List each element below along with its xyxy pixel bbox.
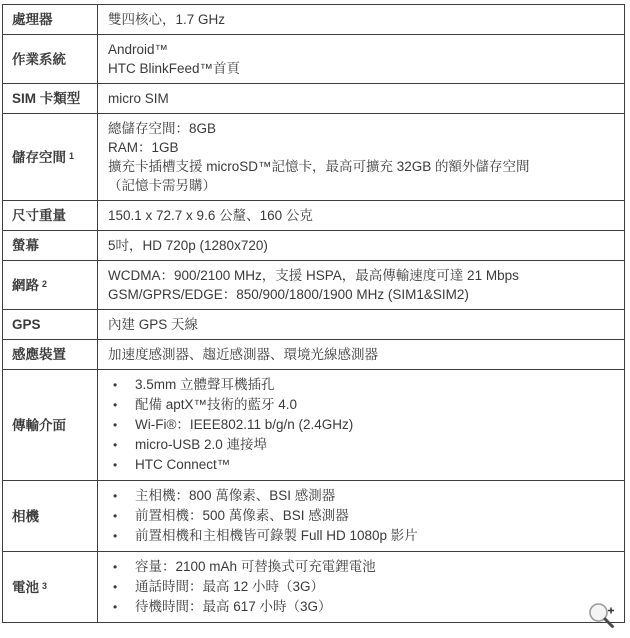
spec-table: 處理器雙四核心，1.7 GHz作業系統Android™HTC BlinkFeed…	[2, 4, 625, 623]
spec-bullet-text: 通話時間：最高 12 小時（3G）	[135, 577, 616, 597]
spec-value-line: GSM/GPRS/EDGE：850/900/1800/1900 MHz (SIM…	[108, 285, 616, 304]
spec-row: 電池3•容量：2100 mAh 可替換式可充電鋰電池•通話時間：最高 12 小時…	[3, 552, 624, 622]
spec-bullet-item: •主相機：800 萬像素、BSI 感測器	[108, 486, 616, 506]
spec-bullet-text: Wi-Fi®：IEEE802.11 b/g/n (2.4GHz)	[135, 415, 616, 435]
spec-label: 螢幕	[12, 237, 39, 254]
spec-row: 作業系統Android™HTC BlinkFeed™首頁	[3, 35, 624, 84]
spec-value-cell: 5吋，HD 720p (1280x720)	[98, 231, 624, 260]
spec-bullet-text: 配備 aptX™技術的藍牙 4.0	[135, 395, 616, 415]
bullet-icon: •	[108, 506, 135, 526]
spec-row: 網路2WCDMA：900/2100 MHz，支援 HSPA，最高傳輸速度可達 2…	[3, 261, 624, 310]
spec-bullet-text: HTC Connect™	[135, 455, 616, 475]
spec-label-cell: 傳輸介面	[3, 370, 98, 480]
spec-value-line: micro SIM	[108, 89, 616, 108]
bullet-icon: •	[108, 526, 135, 546]
spec-label-cell: SIM 卡類型	[3, 84, 98, 113]
spec-label: 感應裝置	[12, 346, 66, 363]
spec-bullet-item: •micro-USB 2.0 連接埠	[108, 435, 616, 455]
bullet-icon: •	[108, 435, 135, 455]
spec-value-cell: •主相機：800 萬像素、BSI 感測器•前置相機：500 萬像素、BSI 感測…	[98, 481, 624, 551]
spec-value-line: 總儲存空間：8GB	[108, 119, 616, 138]
spec-value-line: WCDMA：900/2100 MHz，支援 HSPA，最高傳輸速度可達 21 M…	[108, 266, 616, 285]
spec-label-cell: 網路2	[3, 261, 98, 309]
spec-bullet-item: •前置相機：500 萬像素、BSI 感測器	[108, 506, 616, 526]
spec-label: 作業系統	[12, 51, 66, 68]
spec-row: SIM 卡類型micro SIM	[3, 84, 624, 114]
spec-value-cell: •容量：2100 mAh 可替換式可充電鋰電池•通話時間：最高 12 小時（3G…	[98, 552, 624, 622]
spec-bullet-item: •3.5mm 立體聲耳機插孔	[108, 375, 616, 395]
spec-row: 尺寸重量150.1 x 72.7 x 9.6 公釐、160 公克	[3, 201, 624, 231]
bullet-icon: •	[108, 375, 135, 395]
bullet-icon: •	[108, 415, 135, 435]
bullet-icon: •	[108, 577, 135, 597]
spec-label-superscript: 3	[42, 578, 47, 595]
spec-row: GPS內建 GPS 天線	[3, 310, 624, 340]
spec-row: 儲存空間1總儲存空間：8GBRAM：1GB擴充卡插槽支援 microSD™記憶卡…	[3, 114, 624, 201]
spec-label: 相機	[12, 508, 39, 525]
spec-value-cell: 雙四核心，1.7 GHz	[98, 5, 624, 34]
spec-bullet-text: 前置相機和主相機皆可錄製 Full HD 1080p 影片	[135, 526, 616, 546]
spec-label-superscript: 2	[42, 276, 47, 293]
spec-label-cell: 電池3	[3, 552, 98, 622]
spec-bullet-text: 3.5mm 立體聲耳機插孔	[135, 375, 616, 395]
spec-label: SIM 卡類型	[12, 90, 80, 107]
spec-label: 網路	[12, 277, 39, 294]
spec-label-cell: 螢幕	[3, 231, 98, 260]
spec-value-cell: Android™HTC BlinkFeed™首頁	[98, 35, 624, 83]
spec-label-cell: 尺寸重量	[3, 201, 98, 230]
spec-label-cell: 儲存空間1	[3, 114, 98, 200]
spec-value-line: 150.1 x 72.7 x 9.6 公釐、160 公克	[108, 206, 616, 225]
spec-label-cell: 相機	[3, 481, 98, 551]
spec-label-cell: 處理器	[3, 5, 98, 34]
spec-value-line: RAM：1GB	[108, 138, 616, 157]
bullet-icon: •	[108, 557, 135, 577]
spec-value-line: （記憶卡需另購）	[108, 176, 616, 195]
spec-bullet-item: •容量：2100 mAh 可替換式可充電鋰電池	[108, 557, 616, 577]
spec-value-line: 加速度感測器、趨近感測器、環境光線感測器	[108, 345, 616, 364]
zoom-in-icon[interactable]	[587, 601, 617, 631]
spec-label: 儲存空間	[12, 149, 66, 166]
bullet-icon: •	[108, 455, 135, 475]
spec-bullet-text: 前置相機：500 萬像素、BSI 感測器	[135, 506, 616, 526]
spec-row: 傳輸介面•3.5mm 立體聲耳機插孔•配備 aptX™技術的藍牙 4.0•Wi-…	[3, 370, 624, 481]
spec-label-superscript: 1	[69, 148, 74, 165]
spec-bullet-item: •HTC Connect™	[108, 455, 616, 475]
spec-bullet-text: 待機時間：最高 617 小時（3G）	[135, 597, 616, 617]
spec-bullet-text: micro-USB 2.0 連接埠	[135, 435, 616, 455]
spec-bullet-item: •前置相機和主相機皆可錄製 Full HD 1080p 影片	[108, 526, 616, 546]
spec-label: 傳輸介面	[12, 417, 66, 434]
spec-value-line: 5吋，HD 720p (1280x720)	[108, 236, 616, 255]
spec-bullet-text: 主相機：800 萬像素、BSI 感測器	[135, 486, 616, 506]
magnifier-plus-glyph	[587, 601, 617, 631]
spec-label: 尺寸重量	[12, 207, 66, 224]
spec-value-line: Android™	[108, 40, 616, 59]
spec-bullet-item: •待機時間：最高 617 小時（3G）	[108, 597, 616, 617]
spec-label: 電池	[12, 579, 39, 596]
spec-row: 感應裝置加速度感測器、趨近感測器、環境光線感測器	[3, 340, 624, 370]
spec-value-line: 擴充卡插槽支援 microSD™記憶卡，最高可擴充 32GB 的額外儲存空間	[108, 157, 616, 176]
spec-value-cell: WCDMA：900/2100 MHz，支援 HSPA，最高傳輸速度可達 21 M…	[98, 261, 624, 309]
spec-value-cell: micro SIM	[98, 84, 624, 113]
spec-label: 處理器	[12, 11, 53, 28]
spec-value-cell: 150.1 x 72.7 x 9.6 公釐、160 公克	[98, 201, 624, 230]
spec-bullet-item: •配備 aptX™技術的藍牙 4.0	[108, 395, 616, 415]
spec-value-cell: 總儲存空間：8GBRAM：1GB擴充卡插槽支援 microSD™記憶卡，最高可擴…	[98, 114, 624, 200]
spec-label-cell: GPS	[3, 310, 98, 339]
spec-bullet-item: •通話時間：最高 12 小時（3G）	[108, 577, 616, 597]
spec-row: 處理器雙四核心，1.7 GHz	[3, 5, 624, 35]
spec-value-line: 雙四核心，1.7 GHz	[108, 10, 616, 29]
spec-row: 相機•主相機：800 萬像素、BSI 感測器•前置相機：500 萬像素、BSI …	[3, 481, 624, 552]
spec-bullet-text: 容量：2100 mAh 可替換式可充電鋰電池	[135, 557, 616, 577]
spec-value-cell: 加速度感測器、趨近感測器、環境光線感測器	[98, 340, 624, 369]
bullet-icon: •	[108, 395, 135, 415]
spec-bullet-item: •Wi-Fi®：IEEE802.11 b/g/n (2.4GHz)	[108, 415, 616, 435]
spec-value-line: HTC BlinkFeed™首頁	[108, 59, 616, 78]
spec-label-cell: 感應裝置	[3, 340, 98, 369]
spec-label-cell: 作業系統	[3, 35, 98, 83]
spec-row: 螢幕5吋，HD 720p (1280x720)	[3, 231, 624, 261]
bullet-icon: •	[108, 486, 135, 506]
spec-value-line: 內建 GPS 天線	[108, 315, 616, 334]
spec-value-cell: •3.5mm 立體聲耳機插孔•配備 aptX™技術的藍牙 4.0•Wi-Fi®：…	[98, 370, 624, 480]
spec-label: GPS	[12, 316, 41, 333]
spec-value-cell: 內建 GPS 天線	[98, 310, 624, 339]
bullet-icon: •	[108, 597, 135, 617]
